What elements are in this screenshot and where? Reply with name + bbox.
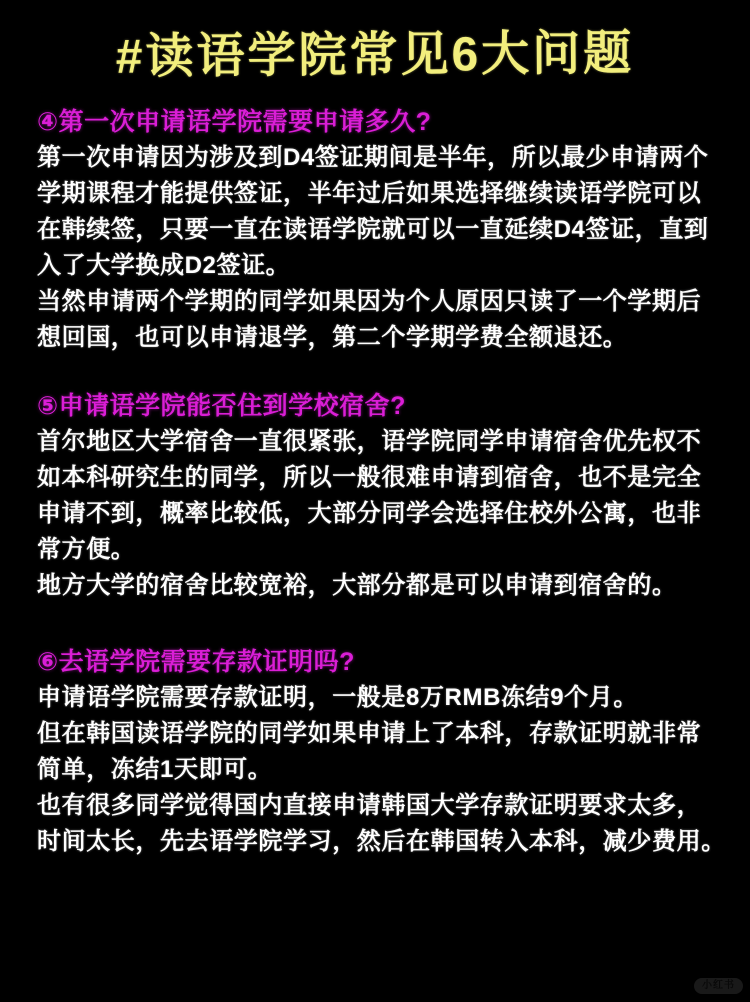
question-4-header: ④第一次申请语学院需要申请多久? (37, 104, 713, 140)
answer-4-line-3: 在韩续签，只要一直在读语学院就可以一直延续D4签证，直到 (37, 212, 713, 248)
page-title: #读语学院常见6大问题 (37, 20, 713, 93)
answer-6-line-2: 但在韩国读语学院的同学如果申请上了本科，存款证明就非常 (37, 716, 713, 752)
poster-page: #读语学院常见6大问题 ④第一次申请语学院需要申请多久? 第一次申请因为涉及到D… (0, 0, 750, 1002)
answer-6-line-1: 申请语学院需要存款证明，一般是8万RMB冻结9个月。 (37, 680, 713, 716)
answer-6-line-5: 时间太长，先去语学院学习，然后在韩国转入本科，减少费用。 (37, 824, 713, 860)
question-section-4: ④第一次申请语学院需要申请多久? 第一次申请因为涉及到D4签证期间是半年，所以最… (37, 104, 713, 356)
answer-4-line-6: 想回国，也可以申请退学，第二个学期学费全额退还。 (37, 320, 713, 356)
answer-4-line-1: 第一次申请因为涉及到D4签证期间是半年，所以最少申请两个 (37, 140, 713, 176)
answer-5-line-5: 地方大学的宿舍比较宽裕，大部分都是可以申请到宿舍的。 (37, 568, 713, 604)
answer-5-line-2: 如本科研究生的同学，所以一般很难申请到宿舍，也不是完全 (37, 460, 713, 496)
question-5-header: ⑤申请语学院能否住到学校宿舍? (37, 388, 713, 424)
answer-5-line-4: 常方便。 (37, 532, 713, 568)
answer-5-line-1: 首尔地区大学宿舍一直很紧张，语学院同学申请宿舍优先权不 (37, 424, 713, 460)
answer-4-line-4: 入了大学换成D2签证。 (37, 248, 713, 284)
answer-4-line-5: 当然申请两个学期的同学如果因为个人原因只读了一个学期后 (37, 284, 713, 320)
xiaohongshu-watermark-badge: 小红书 (694, 978, 743, 994)
answer-4-line-2: 学期课程才能提供签证，半年过后如果选择继续读语学院可以 (37, 176, 713, 212)
answer-6-line-3: 简单，冻结1天即可。 (37, 752, 713, 788)
question-section-6: ⑥去语学院需要存款证明吗? 申请语学院需要存款证明，一般是8万RMB冻结9个月。… (37, 644, 713, 860)
answer-6-line-4: 也有很多同学觉得国内直接申请韩国大学存款证明要求太多， (37, 788, 713, 824)
question-6-header: ⑥去语学院需要存款证明吗? (37, 644, 713, 680)
question-section-5: ⑤申请语学院能否住到学校宿舍? 首尔地区大学宿舍一直很紧张，语学院同学申请宿舍优… (37, 388, 713, 604)
answer-5-line-3: 申请不到，概率比较低，大部分同学会选择住校外公寓，也非 (37, 496, 713, 532)
